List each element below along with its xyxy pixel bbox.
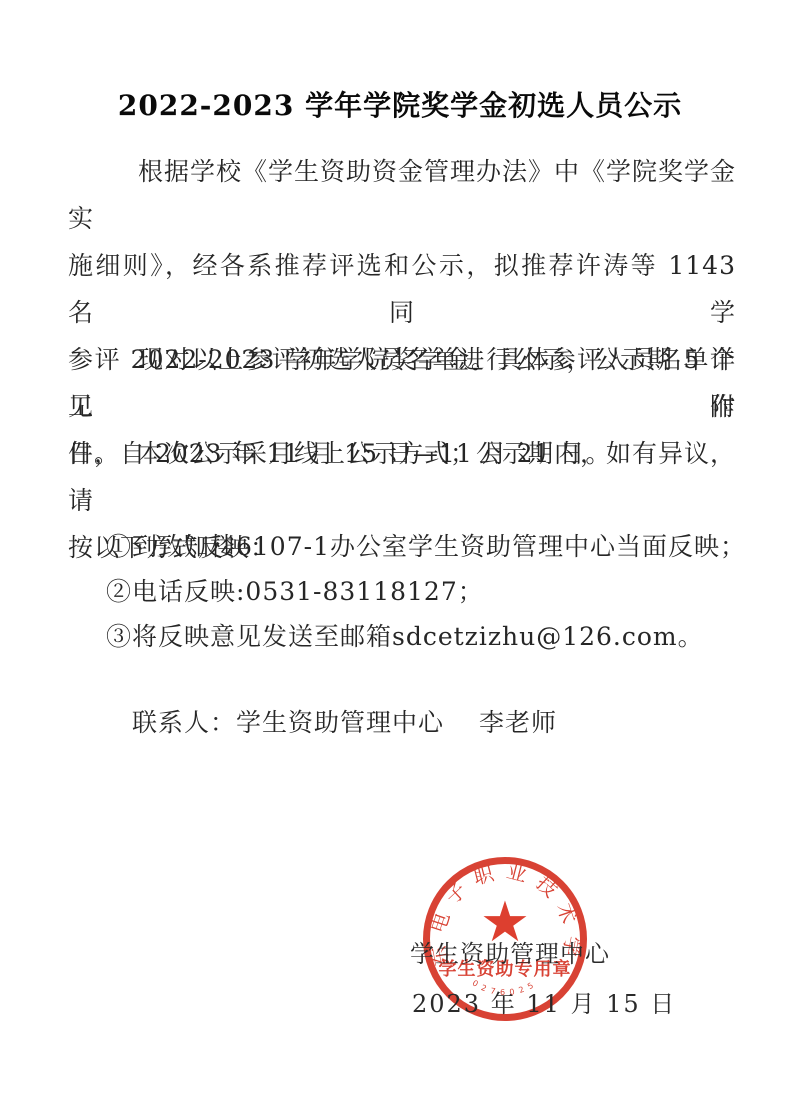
paragraph-line: 根据学校《学生资助资金管理办法》中《学院奖学金实	[68, 148, 736, 242]
signature-organization: 学生资助管理中心	[410, 934, 610, 969]
document-title: 2022-2023 学年学院奖学金初选人员公示	[0, 84, 800, 124]
paragraph-line: 本次公示采月线上公示方式；公示期内，如有异议，请	[68, 430, 736, 524]
document-page: 2022-2023 学年学院奖学金初选人员公示 根据学校《学生资助资金管理办法》…	[0, 0, 800, 1109]
paragraph-line: 施细则》，经各系推荐评选和公示，拟推荐许涛等 1143 名同学	[68, 242, 736, 336]
list-item: ②电话反映:0531-83118127；	[68, 568, 736, 615]
list-item: ③将反映意见发送至邮箱sdcetzizhu@126.com。	[68, 613, 736, 660]
contact-text: 联系人：学生资助管理中心 李老师	[68, 699, 736, 746]
list-item: ①到致知楼6107-1办公室学生资助管理中心当面反映；	[68, 523, 736, 570]
feedback-item-3: ③将反映意见发送至邮箱sdcetzizhu@126.com。	[68, 613, 736, 660]
feedback-item-1: ①到致知楼6107-1办公室学生资助管理中心当面反映；	[68, 523, 736, 570]
feedback-item-2: ②电话反映:0531-83118127；	[68, 568, 736, 615]
contact-line: 联系人：学生资助管理中心 李老师	[68, 699, 736, 746]
paragraph-line: 现对以上参评初选人员名单进行公示，公示期 5 个工作	[68, 336, 736, 430]
signature-date: 2023 年 11 月 15 日	[412, 984, 676, 1019]
